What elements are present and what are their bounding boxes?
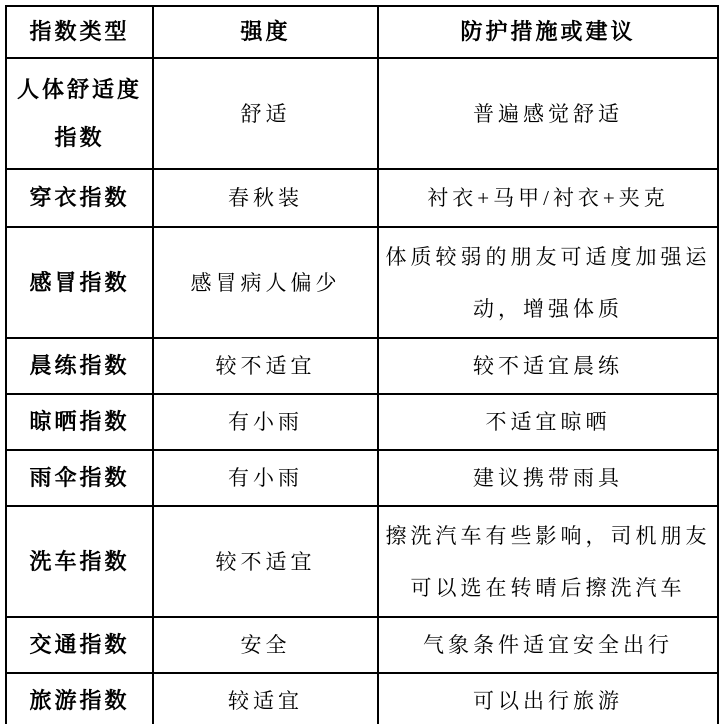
cell-index-type: 晾晒指数	[6, 394, 153, 450]
cell-advice: 可以出行旅游	[378, 673, 718, 724]
table-row: 雨伞指数 有小雨 建议携带雨具	[6, 450, 718, 506]
cell-advice: 体质较弱的朋友可适度加强运动，增强体质	[378, 227, 718, 338]
cell-index-type: 旅游指数	[6, 673, 153, 724]
table-row: 人体舒适度指数 舒适 普遍感觉舒适	[6, 58, 718, 169]
cell-strength: 感冒病人偏少	[153, 227, 378, 338]
cell-strength: 较不适宜	[153, 338, 378, 394]
cell-strength: 安全	[153, 617, 378, 673]
header-strength: 强度	[153, 6, 378, 58]
cell-strength: 舒适	[153, 58, 378, 169]
cell-strength: 较适宜	[153, 673, 378, 724]
weather-index-table: 指数类型 强度 防护措施或建议 人体舒适度指数 舒适 普遍感觉舒适 穿衣指数 春…	[5, 5, 719, 724]
cell-index-type: 交通指数	[6, 617, 153, 673]
cell-strength: 有小雨	[153, 394, 378, 450]
table-row: 交通指数 安全 气象条件适宜安全出行	[6, 617, 718, 673]
cell-index-type: 洗车指数	[6, 506, 153, 617]
table-row: 旅游指数 较适宜 可以出行旅游	[6, 673, 718, 724]
cell-advice: 较不适宜晨练	[378, 338, 718, 394]
cell-advice: 不适宜晾晒	[378, 394, 718, 450]
header-index-type: 指数类型	[6, 6, 153, 58]
page: 指数类型 强度 防护措施或建议 人体舒适度指数 舒适 普遍感觉舒适 穿衣指数 春…	[0, 0, 725, 724]
cell-advice: 气象条件适宜安全出行	[378, 617, 718, 673]
cell-index-type: 雨伞指数	[6, 450, 153, 506]
cell-index-type: 穿衣指数	[6, 169, 153, 227]
cell-advice: 擦洗汽车有些影响，司机朋友可以选在转晴后擦洗汽车	[378, 506, 718, 617]
header-advice: 防护措施或建议	[378, 6, 718, 58]
cell-index-type: 晨练指数	[6, 338, 153, 394]
table-header-row: 指数类型 强度 防护措施或建议	[6, 6, 718, 58]
table-row: 穿衣指数 春秋装 衬衣+马甲/衬衣+夹克	[6, 169, 718, 227]
table-row: 晾晒指数 有小雨 不适宜晾晒	[6, 394, 718, 450]
cell-advice: 衬衣+马甲/衬衣+夹克	[378, 169, 718, 227]
cell-index-type: 感冒指数	[6, 227, 153, 338]
cell-advice: 建议携带雨具	[378, 450, 718, 506]
cell-index-type: 人体舒适度指数	[6, 58, 153, 169]
table-row: 洗车指数 较不适宜 擦洗汽车有些影响，司机朋友可以选在转晴后擦洗汽车	[6, 506, 718, 617]
table-row: 晨练指数 较不适宜 较不适宜晨练	[6, 338, 718, 394]
table-row: 感冒指数 感冒病人偏少 体质较弱的朋友可适度加强运动，增强体质	[6, 227, 718, 338]
cell-strength: 较不适宜	[153, 506, 378, 617]
cell-strength: 有小雨	[153, 450, 378, 506]
cell-strength: 春秋装	[153, 169, 378, 227]
cell-advice: 普遍感觉舒适	[378, 58, 718, 169]
